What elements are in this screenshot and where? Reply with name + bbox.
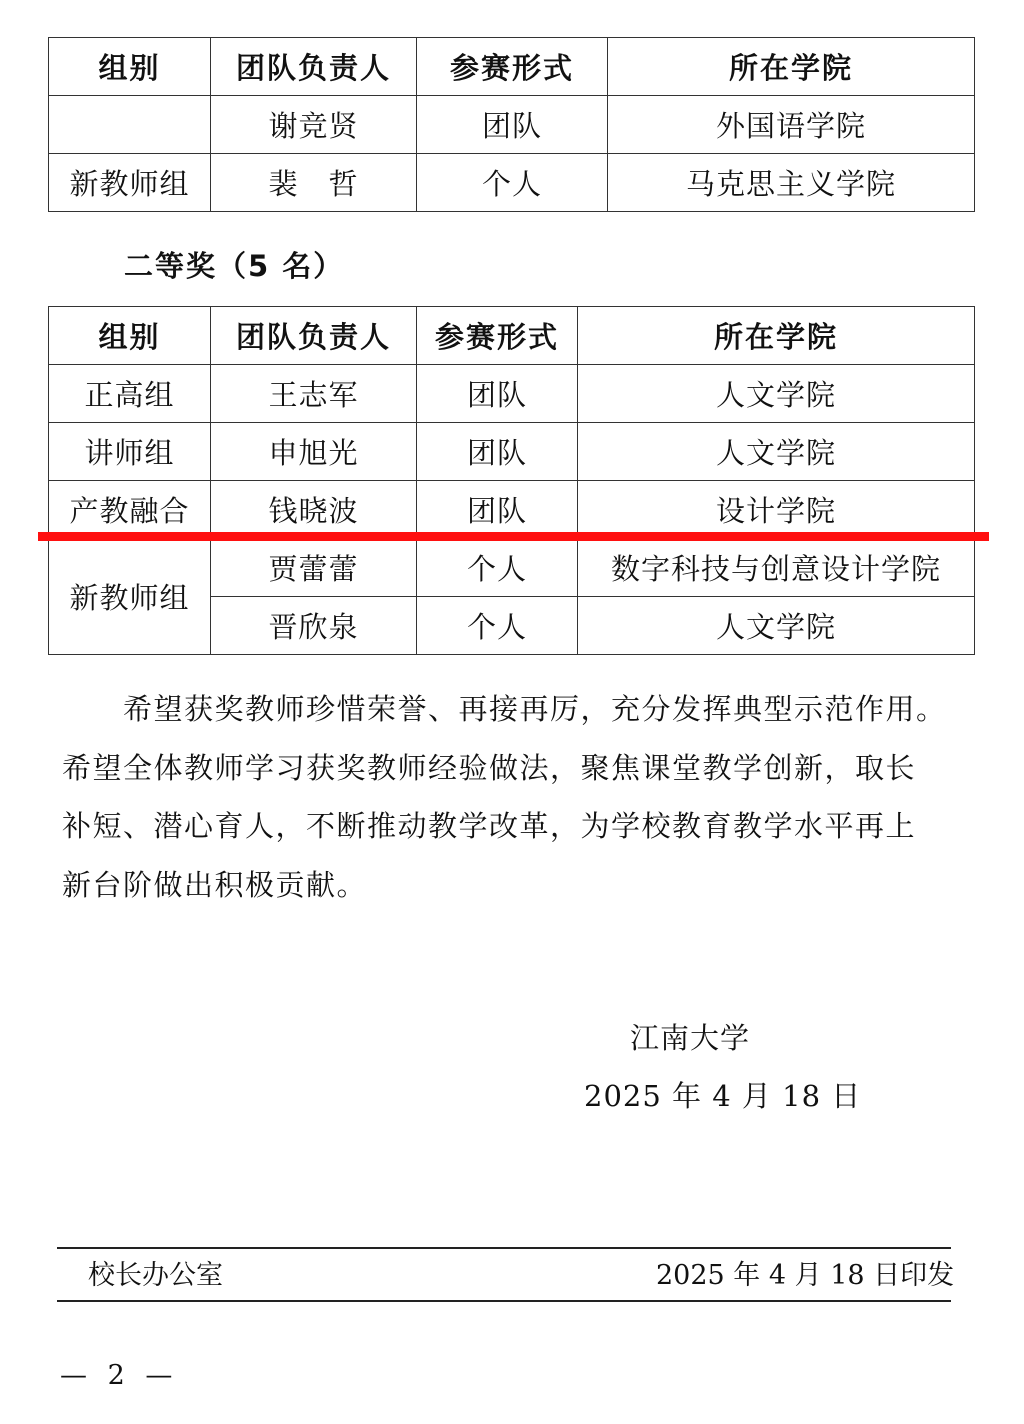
cell-leader: 裴 哲 bbox=[211, 154, 417, 212]
cell-leader: 晋欣泉 bbox=[211, 597, 417, 655]
header-form: 参赛形式 bbox=[417, 38, 608, 96]
cell-college: 马克思主义学院 bbox=[608, 154, 975, 212]
cell-form: 团队 bbox=[417, 96, 608, 154]
table-row: 新教师组 裴 哲 个人 马克思主义学院 bbox=[49, 154, 975, 212]
second-prize-heading: 二等奖（5 名） bbox=[124, 244, 344, 285]
cell-college: 设计学院 bbox=[578, 481, 975, 539]
cell-college: 人文学院 bbox=[578, 597, 975, 655]
cell-form: 个人 bbox=[417, 597, 578, 655]
header-form: 参赛形式 bbox=[417, 307, 578, 365]
footer-rule-top bbox=[57, 1247, 951, 1249]
footer-rule-bottom bbox=[57, 1300, 951, 1302]
cell-form: 团队 bbox=[417, 365, 578, 423]
table-row: 谢竞贤 团队 外国语学院 bbox=[49, 96, 975, 154]
header-leader: 团队负责人 bbox=[211, 38, 417, 96]
table-row: 正高组 王志军 团队 人文学院 bbox=[49, 365, 975, 423]
signature-organization: 江南大学 bbox=[630, 1016, 750, 1057]
table-row: 产教融合 钱晓波 团队 设计学院 bbox=[49, 481, 975, 539]
signature-date: 2025 年 4 月 18 日 bbox=[584, 1074, 861, 1115]
cell-leader: 申旭光 bbox=[211, 423, 417, 481]
issuer: 校长办公室 bbox=[88, 1253, 223, 1292]
table-row: 讲师组 申旭光 团队 人文学院 bbox=[49, 423, 975, 481]
cell-form: 团队 bbox=[417, 481, 578, 539]
issue-date: 2025 年 4 月 18 日印发 bbox=[656, 1253, 954, 1292]
header-group: 组别 bbox=[49, 38, 211, 96]
cell-form: 团队 bbox=[417, 423, 578, 481]
table-header-row: 组别 团队负责人 参赛形式 所在学院 bbox=[49, 38, 975, 96]
first-prize-table-continued: 组别 团队负责人 参赛形式 所在学院 谢竞贤 团队 外国语学院 新教师组 裴 哲… bbox=[48, 37, 975, 212]
cell-group: 讲师组 bbox=[49, 423, 211, 481]
cell-form: 个人 bbox=[417, 539, 578, 597]
header-college: 所在学院 bbox=[578, 307, 975, 365]
cell-college: 数字科技与创意设计学院 bbox=[578, 539, 975, 597]
paragraph-line: 希望获奖教师珍惜荣誉、再接再厉，充分发挥典型示范作用。 bbox=[62, 680, 962, 739]
table-header-row: 组别 团队负责人 参赛形式 所在学院 bbox=[49, 307, 975, 365]
cell-form: 个人 bbox=[417, 154, 608, 212]
page-number: — 2 — bbox=[60, 1360, 178, 1391]
header-college: 所在学院 bbox=[608, 38, 975, 96]
paragraph-line: 补短、潜心育人，不断推动教学改革，为学校教育教学水平再上 bbox=[62, 797, 962, 856]
paragraph-line: 希望全体教师学习获奖教师经验做法，聚焦课堂教学创新，取长 bbox=[62, 739, 962, 798]
cell-group: 产教融合 bbox=[49, 481, 211, 539]
cell-leader: 钱晓波 bbox=[211, 481, 417, 539]
cell-leader: 贾蕾蕾 bbox=[211, 539, 417, 597]
cell-group: 正高组 bbox=[49, 365, 211, 423]
cell-college: 外国语学院 bbox=[608, 96, 975, 154]
cell-group-merged: 新教师组 bbox=[49, 539, 211, 655]
cell-group bbox=[49, 96, 211, 154]
cell-group: 新教师组 bbox=[49, 154, 211, 212]
table-row: 新教师组 贾蕾蕾 个人 数字科技与创意设计学院 bbox=[49, 539, 975, 597]
cell-leader: 王志军 bbox=[211, 365, 417, 423]
header-group: 组别 bbox=[49, 307, 211, 365]
closing-paragraph: 希望获奖教师珍惜荣誉、再接再厉，充分发挥典型示范作用。 希望全体教师学习获奖教师… bbox=[62, 680, 962, 914]
red-annotation-line bbox=[38, 532, 989, 541]
second-prize-table: 组别 团队负责人 参赛形式 所在学院 正高组 王志军 团队 人文学院 讲师组 申… bbox=[48, 306, 975, 655]
header-leader: 团队负责人 bbox=[211, 307, 417, 365]
cell-leader: 谢竞贤 bbox=[211, 96, 417, 154]
cell-college: 人文学院 bbox=[578, 365, 975, 423]
cell-college: 人文学院 bbox=[578, 423, 975, 481]
paragraph-line: 新台阶做出积极贡献。 bbox=[62, 856, 962, 915]
